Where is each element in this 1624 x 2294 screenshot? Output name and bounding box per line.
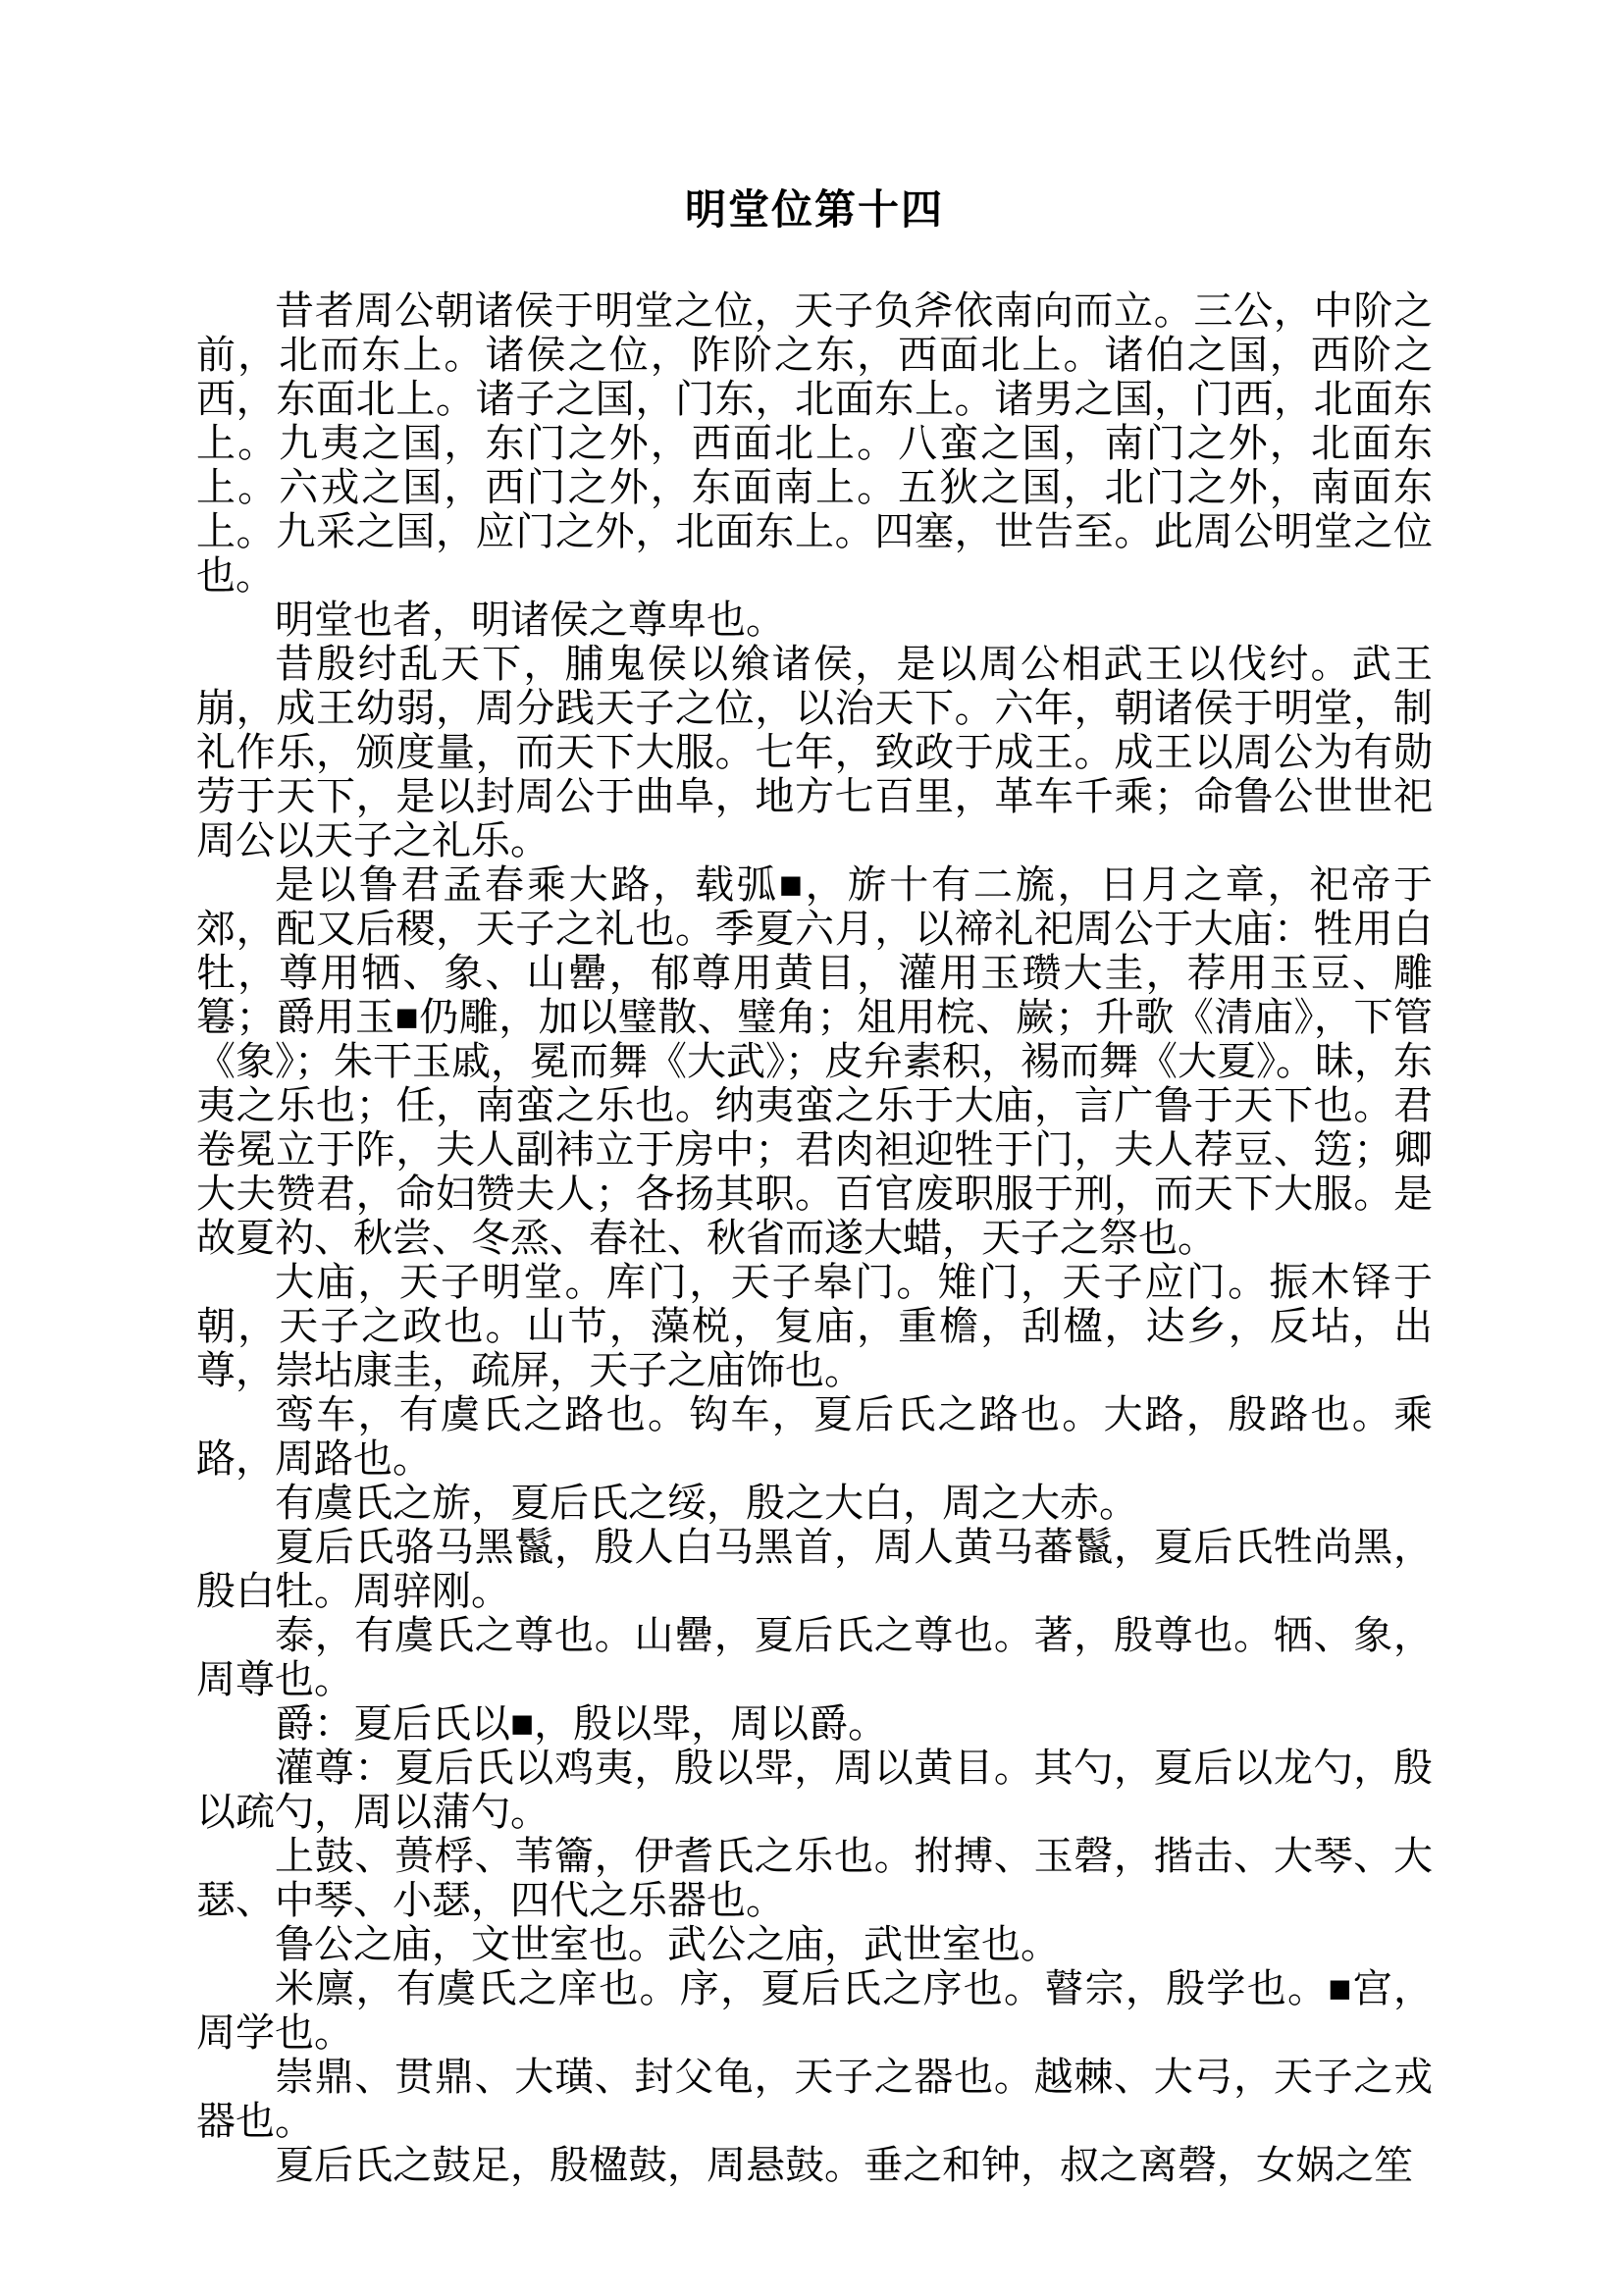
paragraph: 昔者周公朝诸侯于明堂之位，天子负斧依南向而立。三公，中阶之前，北而东上。诸侯之位…	[196, 288, 1433, 598]
document-page: 明堂位第十四 昔者周公朝诸侯于明堂之位，天子负斧依南向而立。三公，中阶之前，北而…	[0, 0, 1624, 2294]
paragraph: 有虞氏之旂，夏后氏之绥，殷之大白，周之大赤。	[196, 1481, 1433, 1525]
paragraph: 米廪，有虞氏之庠也。序，夏后氏之序也。瞽宗，殷学也。■宫，周学也。	[196, 1966, 1433, 2055]
paragraph: 夏后氏骆马黑鬣，殷人白马黑首，周人黄马蕃鬣，夏后氏牲尚黑，殷白牡。周骍刚。	[196, 1525, 1433, 1613]
paragraph: 泰，有虞氏之尊也。山罍，夏后氏之尊也。著，殷尊也。牺、象，周尊也。	[196, 1613, 1433, 1701]
paragraph: 上鼓、蒉桴、苇籥，伊耆氏之乐也。拊搏、玉磬，揩击、大琴、大瑟、中琴、小瑟，四代之…	[196, 1834, 1433, 1922]
paragraph: 夏后氏之鼓足，殷楹鼓，周悬鼓。垂之和钟，叔之离磬，女娲之笙	[196, 2143, 1433, 2187]
paragraph: 明堂也者，明诸侯之尊卑也。	[196, 598, 1433, 642]
paragraph: 鸾车，有虞氏之路也。钩车，夏后氏之路也。大路，殷路也。乘路，周路也。	[196, 1392, 1433, 1481]
paragraph: 爵：夏后氏以■，殷以斝，周以爵。	[196, 1701, 1433, 1746]
paragraph: 崇鼎、贯鼎、大璜、封父龟，天子之器也。越棘、大弓，天子之戎器也。	[196, 2055, 1433, 2143]
paragraph: 灌尊：夏后氏以鸡夷，殷以斝，周以黄目。其勺，夏后以龙勺，殷以疏勺，周以蒲勺。	[196, 1746, 1433, 1834]
paragraph: 昔殷纣乱天下，脯鬼侯以飨诸侯，是以周公相武王以伐纣。武王崩，成王幼弱，周分践天子…	[196, 642, 1433, 862]
chapter-title: 明堂位第十四	[196, 186, 1433, 235]
document-body: 昔者周公朝诸侯于明堂之位，天子负斧依南向而立。三公，中阶之前，北而东上。诸侯之位…	[196, 288, 1433, 2187]
paragraph: 鲁公之庙，文世室也。武公之庙，武世室也。	[196, 1922, 1433, 1966]
paragraph: 是以鲁君孟春乘大路，载弧■，旂十有二旒，日月之章，祀帝于郊，配又后稷，天子之礼也…	[196, 862, 1433, 1260]
paragraph: 大庙，天子明堂。库门，天子皋门。雉门，天子应门。振木铎于朝，天子之政也。山节，藻…	[196, 1260, 1433, 1392]
